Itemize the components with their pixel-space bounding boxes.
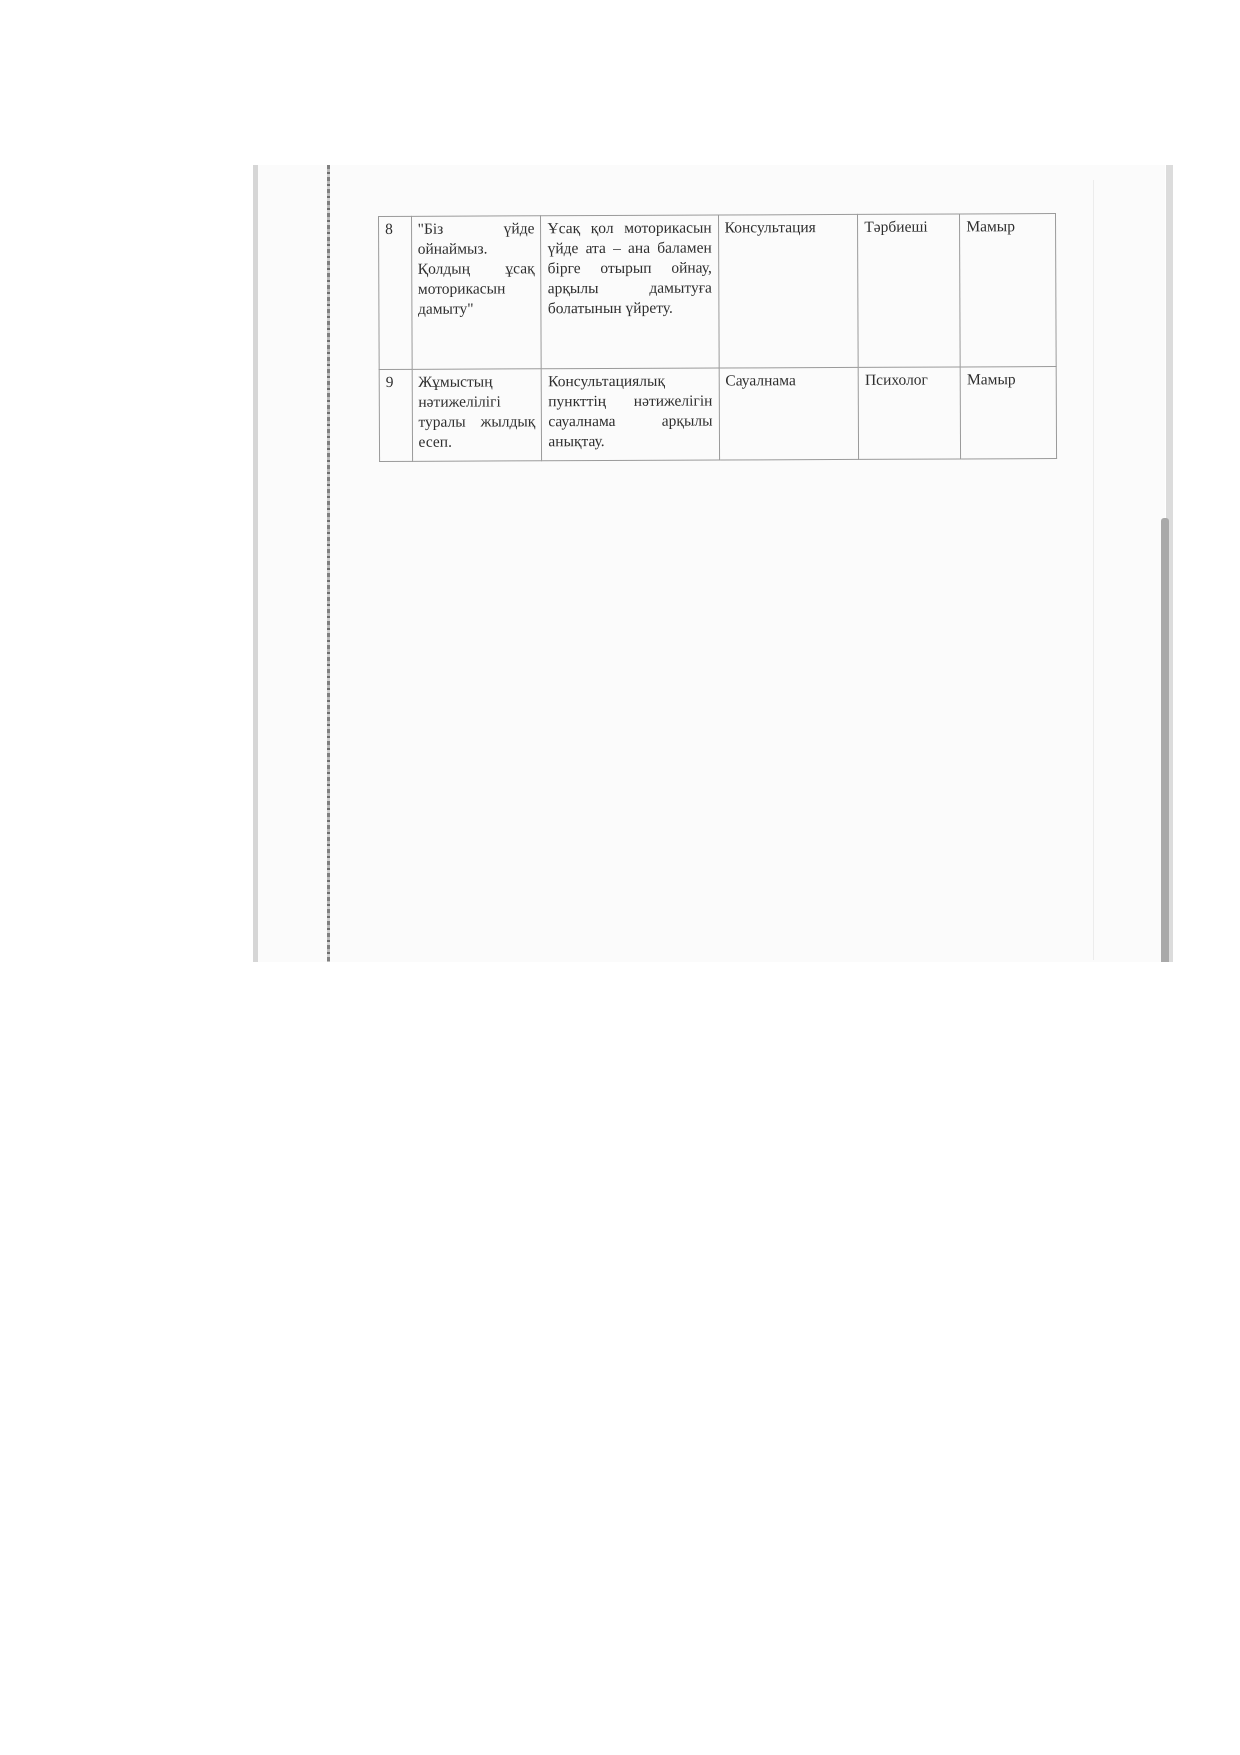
scrollbar-thumb[interactable] bbox=[1161, 518, 1169, 962]
month-cell: Мамыр bbox=[960, 367, 1056, 459]
table-row: 8 "Біз үйде ойнаймыз. Қолдың ұсақ мотори… bbox=[379, 214, 1057, 370]
page-left-edge bbox=[253, 165, 258, 962]
form-cell: Консультация bbox=[718, 214, 858, 368]
goal-cell: Консультациялық пункттің нәтижелігін сау… bbox=[542, 368, 720, 461]
form-cell: Сауалнама bbox=[719, 367, 859, 460]
responsible-cell: Тәрбиеші bbox=[858, 214, 961, 367]
row-number: 9 bbox=[379, 369, 412, 461]
month-cell: Мамыр bbox=[960, 214, 1056, 367]
plan-table: 8 "Біз үйде ойнаймыз. Қолдың ұсақ мотори… bbox=[378, 213, 1057, 462]
row-number: 8 bbox=[379, 216, 412, 369]
goal-cell: Ұсақ қол моторикасын үйде ата – ана бала… bbox=[541, 215, 719, 369]
topic-cell: "Біз үйде ойнаймыз. Қолдың ұсақ моторика… bbox=[411, 216, 542, 370]
table-row: 9 Жұмыстың нәтижелілігі туралы жылдық ес… bbox=[379, 367, 1056, 462]
responsible-cell: Психолог bbox=[858, 367, 960, 459]
topic-cell: Жұмыстың нәтижелілігі туралы жылдық есеп… bbox=[412, 369, 542, 462]
binding-stitch-line bbox=[327, 165, 330, 962]
paper-right-edge bbox=[1093, 180, 1094, 960]
